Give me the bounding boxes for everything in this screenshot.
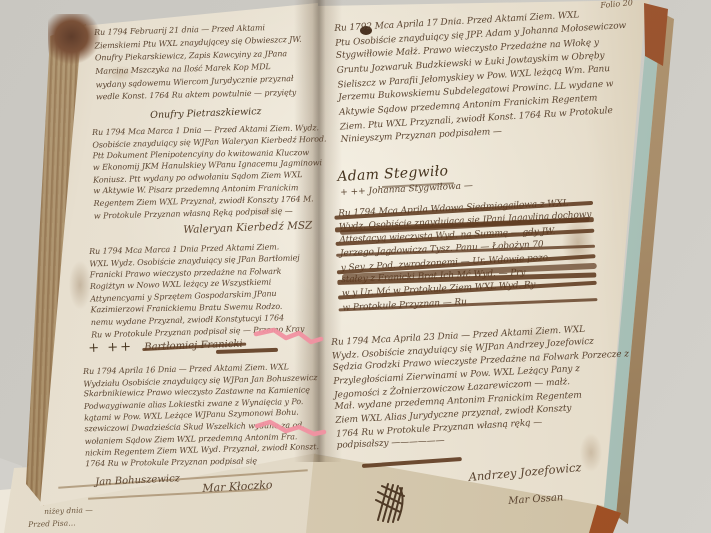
- struck-through-entry: Ru 1794 Mca Aprila Wdowa Siedmiogailowa …: [338, 197, 595, 316]
- record-entry-1794-mar-1-kierbedz: Ru 1794 Mca Marca 1 Dnia — Przed Aktami …: [92, 122, 328, 221]
- record-entry-1794-apr-16: Ru 1794 Aprila 16 Dnia — Przed Aktami Zi…: [83, 361, 319, 471]
- photo-open-manuscript-book: Ru 1794 Februarij 21 dnia — Przed Aktami…: [0, 0, 711, 533]
- paper-fragment-text: niżey dnia —: [44, 505, 93, 516]
- triple-cross-marks: + ++: [88, 339, 133, 356]
- record-entry-1792-apr-17: Ru 1792 Mca Aprila 17 Dnia. Przed Aktami…: [334, 6, 632, 148]
- record-entry-1794-feb-21: Ru 1794 Februarij 21 dnia — Przed Aktami…: [94, 20, 303, 104]
- paper-fragment-text: Przed Pisa…: [28, 518, 76, 529]
- spine-corner-dark: [48, 14, 100, 64]
- record-entry-1794-apr-23: Ru 1794 Mca Aprila 23 Dnia — Przed Aktam…: [331, 321, 633, 453]
- record-entry-1794-mar-1-franicki: Ru 1794 Mca Marca 1 Dnia Przed Aktami Zi…: [89, 241, 304, 341]
